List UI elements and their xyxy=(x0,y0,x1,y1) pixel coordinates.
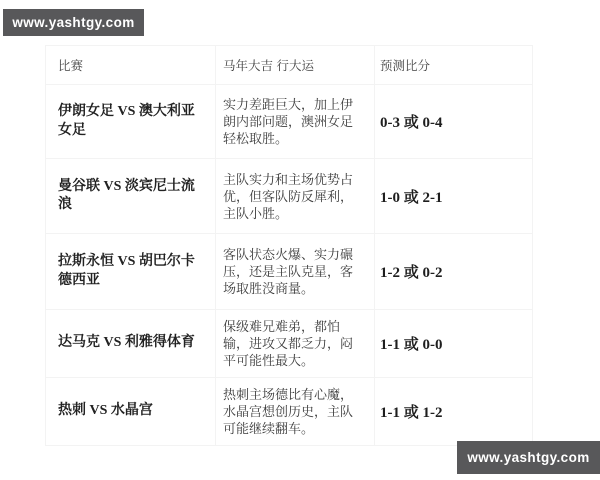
predicted-score: 1-1 或 0-0 xyxy=(375,310,533,378)
match-analysis: 热刺主场德比有心魔，水晶宫想创历史，主队可能继续翻车。 xyxy=(216,378,375,446)
site-watermark-bottom: www.yashtgy.com xyxy=(457,441,600,474)
col-header-analysis: 马年大吉 行大运 xyxy=(216,46,375,85)
match-name: 热刺 VS 水晶宫 xyxy=(46,378,216,446)
table-row: 热刺 VS 水晶宫 热刺主场德比有心魔，水晶宫想创历史，主队可能继续翻车。 1-… xyxy=(46,378,533,446)
match-name: 达马克 VS 利雅得体育 xyxy=(46,310,216,378)
table-row: 达马克 VS 利雅得体育 保级难兄难弟，都怕输，进攻又都乏力，闷平可能性最大。 … xyxy=(46,310,533,378)
match-name: 伊朗女足 VS 澳大利亚女足 xyxy=(46,85,216,159)
table-row: 曼谷联 VS 淡宾尼士流浪 主队实力和主场优势占优，但客队防反犀利，主队小胜。 … xyxy=(46,159,533,234)
match-analysis: 主队实力和主场优势占优，但客队防反犀利，主队小胜。 xyxy=(216,159,375,234)
site-url-text: www.yashtgy.com xyxy=(12,15,134,30)
match-name: 曼谷联 VS 淡宾尼士流浪 xyxy=(46,159,216,234)
site-url-text: www.yashtgy.com xyxy=(467,450,589,465)
predictions-table: 比赛 马年大吉 行大运 预测比分 伊朗女足 VS 澳大利亚女足 实力差距巨大，加… xyxy=(45,45,533,446)
match-analysis: 实力差距巨大，加上伊朗内部问题，澳洲女足轻松取胜。 xyxy=(216,85,375,159)
match-analysis: 客队状态火爆、实力碾压，还是主队克星，客场取胜没商量。 xyxy=(216,234,375,310)
table-row: 拉斯永恒 VS 胡巴尔卡德西亚 客队状态火爆、实力碾压，还是主队克星，客场取胜没… xyxy=(46,234,533,310)
table-header-row: 比赛 马年大吉 行大运 预测比分 xyxy=(46,46,533,85)
table-row: 伊朗女足 VS 澳大利亚女足 实力差距巨大，加上伊朗内部问题，澳洲女足轻松取胜。… xyxy=(46,85,533,159)
match-analysis: 保级难兄难弟，都怕输，进攻又都乏力，闷平可能性最大。 xyxy=(216,310,375,378)
col-header-match: 比赛 xyxy=(46,46,216,85)
predicted-score: 1-1 或 1-2 xyxy=(375,378,533,446)
predicted-score: 0-3 或 0-4 xyxy=(375,85,533,159)
match-name: 拉斯永恒 VS 胡巴尔卡德西亚 xyxy=(46,234,216,310)
predicted-score: 1-0 或 2-1 xyxy=(375,159,533,234)
page: www.yashtgy.com 比赛 马年大吉 行大运 预测比分 伊朗女足 VS… xyxy=(0,0,600,480)
predicted-score: 1-2 或 0-2 xyxy=(375,234,533,310)
col-header-score: 预测比分 xyxy=(375,46,533,85)
site-watermark-top: www.yashtgy.com xyxy=(3,9,144,36)
